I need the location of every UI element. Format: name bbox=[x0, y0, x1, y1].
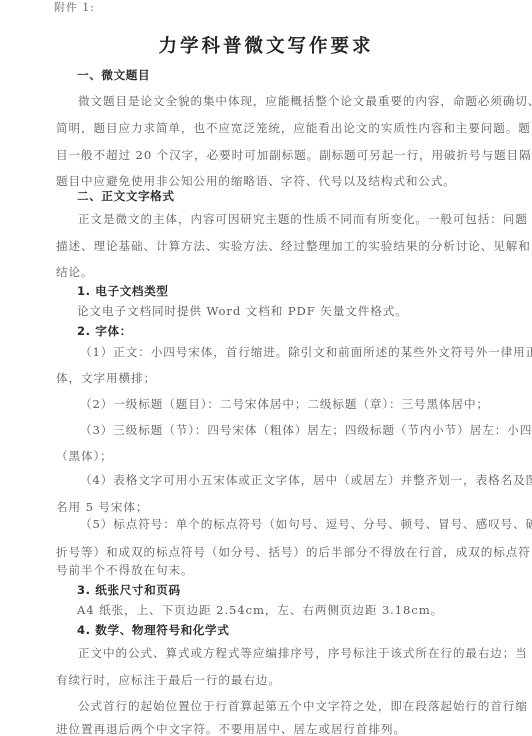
paragraph-line: 题目中应避免使用非公知公用的缩略语、字符、代号以及结构式和公式。 bbox=[56, 174, 456, 188]
paragraph-line: 正文中的公式、算式或方程式等应编排序号，序号标注于该式所在行的最右边；当 bbox=[78, 646, 528, 660]
attachment-label: 附件 1: bbox=[54, 1, 95, 15]
paragraph-line: 目一般不超过 20 个汉字，必要时可加副标题。副标题可另起一行，用破折号与题目隔… bbox=[56, 148, 532, 162]
document-title: 力学科普微文写作要求 bbox=[0, 36, 532, 58]
list-item-line: （5）标点符号：单个的标点符号（如句号、逗号、分号、顿号、冒号、感叹号、破 bbox=[80, 517, 532, 531]
list-item-line: 号前半个不得放在句末。 bbox=[56, 563, 193, 577]
list-item-line: （4）表格文字可用小五宋体或正文字体，居中（或居左）并整齐划一，表格名及图 bbox=[80, 473, 532, 487]
subsection-heading-fonts: 2. 字体： bbox=[77, 324, 132, 338]
paragraph-line: 微文题目是论文全貌的集中体现，应能概括整个论文最重要的内容，命题必须确切、 bbox=[78, 94, 532, 108]
paragraph-line: A4 纸张，上、下页边距 2.54cm，左、右两侧页边距 3.18cm。 bbox=[77, 603, 443, 617]
paragraph-line: 进位置再退后两个中文字符。不要用居中、居左或居行首排列。 bbox=[56, 722, 406, 736]
section-heading-body-format: 二、正文文字格式 bbox=[77, 189, 175, 203]
paragraph-line: 正文是微文的主体，内容可因研究主题的性质不同而有所变化。一般可包括：问题 bbox=[78, 212, 528, 226]
list-item-line: 折号等）和成双的标点符号（如分号、括号）的后半部分不得放在行首，成双的标点符 bbox=[56, 545, 531, 559]
section-heading-title: 一、微文题目 bbox=[77, 68, 150, 82]
list-item-line: （3）三级标题（节）：四号宋体（粗体）居左；四级标题（节内小节）居左：小四 bbox=[80, 423, 532, 437]
paragraph-line: 简明，题目应力求简单，也不应宽泛笼统，应能看出论文的实质性内容和主要问题。题 bbox=[56, 121, 531, 135]
paragraph-line: 有续行时，应标注于最后一行的最右边。 bbox=[56, 673, 281, 687]
subsection-heading-math-symbols: 4. 数学、物理符号和化学式 bbox=[77, 623, 229, 637]
subsection-heading-paper-size: 3. 纸张尺寸和页码 bbox=[77, 583, 181, 597]
paragraph-line: 结论。 bbox=[56, 265, 93, 279]
paragraph-line: 公式首行的起始位置位于行首算起第五个中文字符之处，即在段落起始行的首行缩 bbox=[78, 699, 528, 713]
list-item-line: 名用 5 号宋体； bbox=[56, 500, 148, 514]
list-item-line: （黑体）； bbox=[56, 449, 113, 463]
list-item-line: 体，文字用横排； bbox=[56, 371, 156, 385]
paragraph-line: 描述、理论基础、计算方法、实验方法、经过整理加工的实验结果的分析讨论、见解和 bbox=[56, 239, 531, 253]
subsection-heading-file-type: 1. 电子文档类型 bbox=[77, 284, 168, 298]
list-item-line: （2）一级标题（题目）：二号宋体居中；二级标题（章）：三号黑体居中； bbox=[80, 397, 489, 411]
paragraph-line: 论文电子文档同时提供 Word 文档和 PDF 矢量文件格式。 bbox=[77, 304, 408, 318]
list-item-line: （1）正文：小四号宋体，首行缩进。除引文和前面所述的某些外文符号外一律用正 bbox=[80, 345, 532, 359]
